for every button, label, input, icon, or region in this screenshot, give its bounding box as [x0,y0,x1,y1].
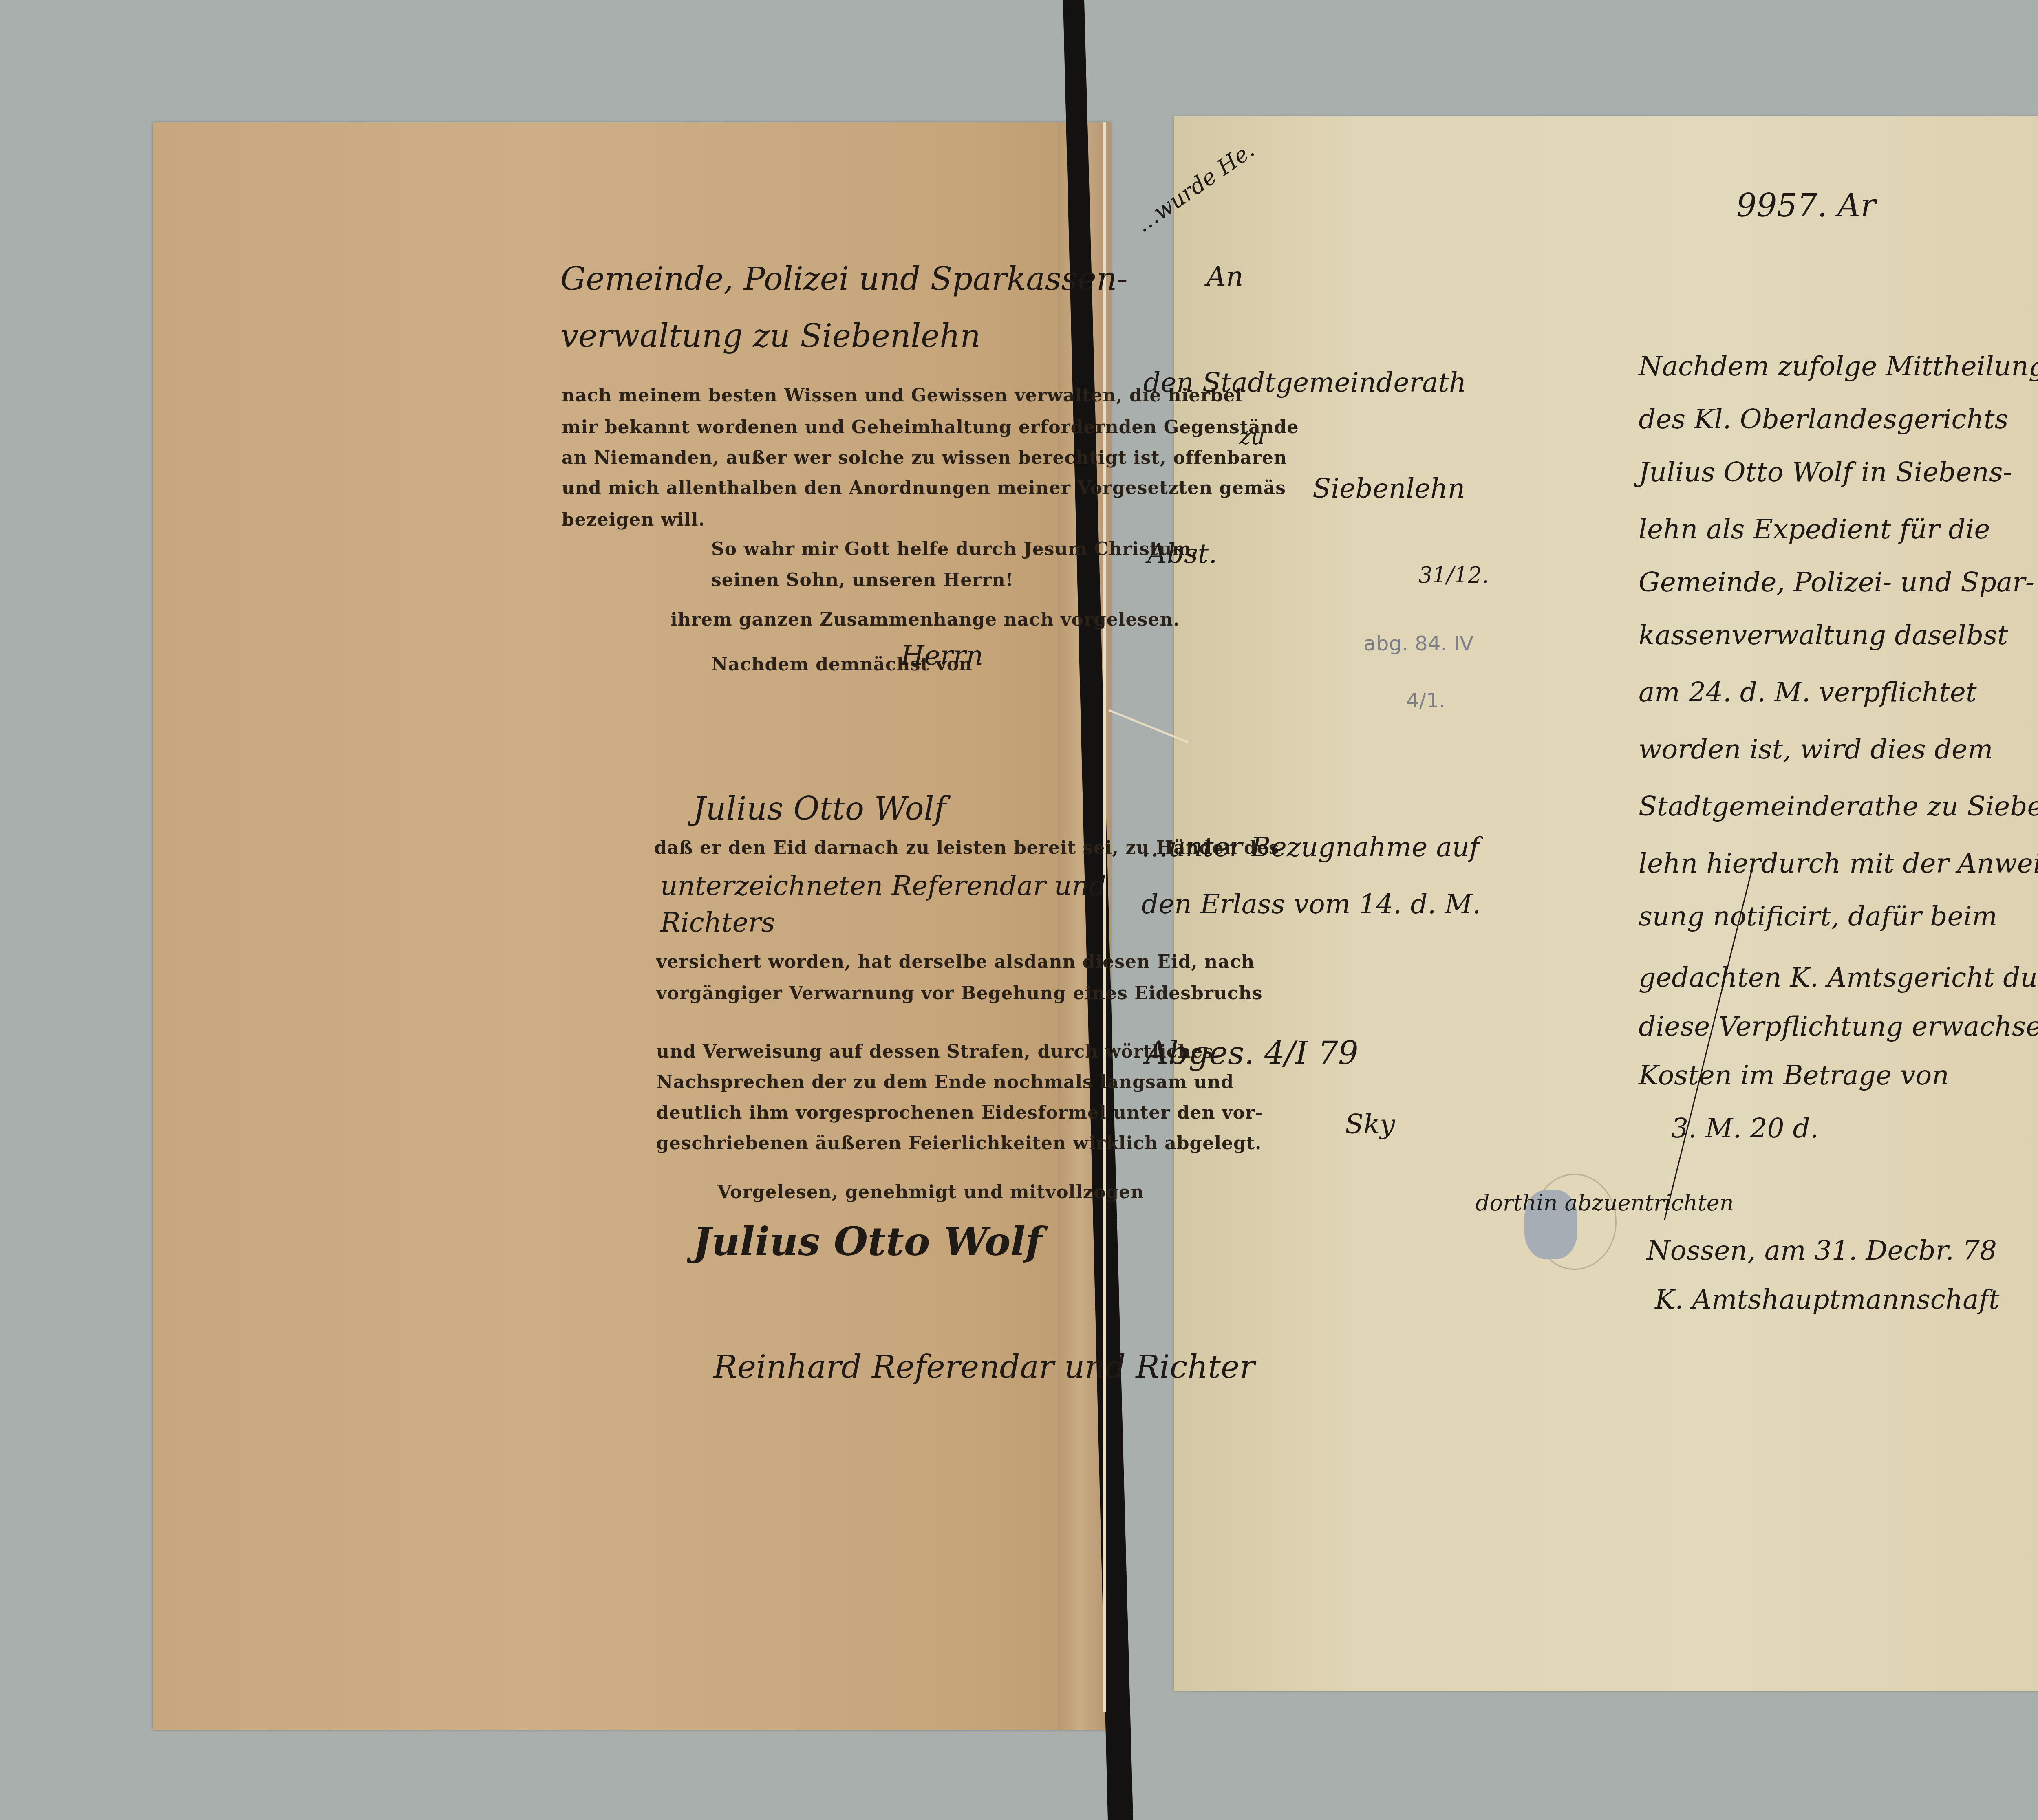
oath-line-4: und mich allenthalben den Anordnungen me… [562,478,1286,498]
oath-formula-line-2: seinen Sohn, unseren Herrn! [711,570,1014,591]
handwritten-heading-line-2: verwaltung zu Siebenlehn [560,318,981,355]
oath-formula-line-1: So wahr mir Gott helfe durch Jesum Chris… [711,539,1198,560]
oath-taker-name: Julius Otto Wolf [693,791,946,827]
oath-line-3: an Niemanden, außer wer solche zu wissen… [562,447,1287,468]
closing-line-2: vorgängiger Verwarnung vor Begehung eine… [656,983,1262,1004]
address-line-3: zu [1239,424,1265,449]
postscript: dorthin abzuentrichten [1476,1190,1734,1216]
body-line-8: worden ist, wird dies dem [1639,734,1993,765]
binding-thread [1103,122,1106,1712]
official-hand-line-2: Richters [660,907,775,938]
body-line-14: Kosten im Betrage von [1639,1060,1949,1091]
closing-line-3: und Verweisung auf dessen Strafen, durch… [656,1041,1213,1062]
body-line-10: lehn hierdurch mit der Anwei- [1639,848,2038,879]
oath-line-5: bezeigen will. [562,509,705,530]
address-line-2: den Stadtgemeinderath [1143,367,1466,398]
body-line-9: Stadtgemeinderathe zu Sieben- [1639,791,2038,822]
read-line: ihrem ganzen Zusammenhange nach vorgeles… [671,609,1180,630]
body-line-12: gedachten K. Amtsgericht durch [1639,962,2038,993]
closing-line-4: Nachsprechen der zu dem Ende nochmals la… [656,1072,1234,1093]
margin-note-bottom: Abges. 4/I 79 [1145,1035,1359,1072]
signature-oath-taker: Julius Otto Wolf [693,1218,1042,1265]
abbrev-note: Abst. [1147,538,1217,569]
official-hand-line-1: unterzeichneten Referendar und [660,870,1106,901]
handwritten-heading-line-1: Gemeinde, Polizei und Sparkassen- [560,261,1128,297]
authority: K. Amtshauptmannschaft [1655,1284,2000,1315]
body-line-3: Julius Otto Wolf in Siebens- [1639,456,2012,488]
body-line-6: kassenverwaltung daselbst [1639,619,2008,651]
place-date: Nossen, am 31. Decbr. 78 [1647,1235,1997,1266]
body-line-5: Gemeinde, Polizei- und Spar- [1639,566,2034,598]
body-line-13: diese Verpflichtung erwachsenen [1639,1011,2038,1042]
body-line-1: Nachdem zufolge Mittheilung [1639,350,2038,382]
body-line-7: am 24. d. M. verpflichtet [1639,676,1976,708]
body-line-15: 3. M. 20 d. [1671,1113,1819,1144]
margin-initials: Sky [1345,1108,1395,1140]
oath-line-2: mir bekannt wordenen und Geheimhaltung e… [562,417,1299,438]
address-line-1: An [1206,261,1243,292]
closing-line-5: deutlich ihm vorgesprochenen Eidesformel… [656,1102,1263,1123]
body-line-11: sung notificirt, dafür beim [1639,901,1997,932]
body-line-2: des Kl. Oberlandesgerichts [1639,403,2008,435]
body-line-4: lehn als Expedient für die [1639,513,1990,545]
file-number: 9957. Ar [1736,187,1876,224]
signature-official: Reinhard Referendar und Richter [713,1349,1255,1386]
closing-line-6: geschriebenen äußeren Feierlichkeiten wi… [656,1133,1262,1154]
address-line-4: Siebenlehn [1312,473,1465,504]
margin-note-mid-1: …unter Bezugnahme auf [1141,831,1479,863]
approval-line: Vorgelesen, genehmigt und mitvollzogen [717,1182,1144,1203]
oath-line-1: nach meinem besten Wissen und Gewissen v… [562,385,1242,406]
pencil-note: abg. 84. IV [1363,632,1473,655]
margin-note-mid-2: den Erlass vom 14. d. M. [1141,888,1481,920]
left-page-sheet [153,122,1111,1730]
pencil-date: 4/1. [1406,689,1445,712]
closing-line-1: versichert worden, hat derselbe alsdann … [656,952,1255,972]
date-mark: 31/12. [1418,562,1489,588]
after-line-hand: Herrn [901,640,983,671]
